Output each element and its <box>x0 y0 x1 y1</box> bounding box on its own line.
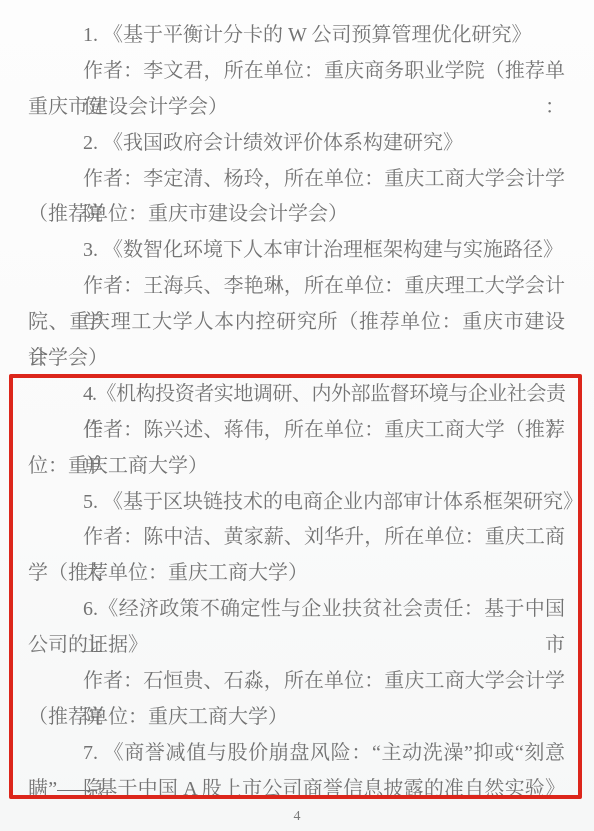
item7-title-line-cont: 瞒”——基于中国 A 股上市公司商誉信息披露的准自然实验》 <box>28 772 565 808</box>
item6-authors-line-cont: （推荐单位：重庆工商大学） <box>28 700 565 736</box>
item3-authors-line-end: 计学会） <box>28 341 565 377</box>
item5-authors-line-cont: 学（推荐单位：重庆工商大学） <box>28 556 565 592</box>
item6-title-line: 6.《经济政策不确定性与企业扶贫社会责任：基于中国上市 <box>28 592 565 628</box>
item4-authors-line: 作者：陈兴述、蒋伟，所在单位：重庆工商大学（推荐单 <box>28 413 565 449</box>
scanned-document-page: { "page": { "number": "4", "background_c… <box>0 0 594 831</box>
item6-authors-line: 作者：石恒贵、石淼，所在单位：重庆工商大学会计学院 <box>28 664 565 700</box>
item1-title-line: 1. 《基于平衡计分卡的 W 公司预算管理优化研究》 <box>28 18 565 54</box>
page-number: 4 <box>0 809 594 825</box>
item7-title-line: 7. 《商誉减值与股价崩盘风险：“主动洗澡”抑或“刻意隐 <box>28 736 565 772</box>
item2-authors-line: 作者：李定清、杨玲，所在单位：重庆工商大学会计学院 <box>28 162 565 198</box>
item5-title-line: 5. 《基于区块链技术的电商企业内部审计体系框架研究》 <box>28 485 565 521</box>
item5-authors-line: 作者：陈中洁、黄家薪、刘华升，所在单位：重庆工商大 <box>28 520 565 556</box>
document-body: 1. 《基于平衡计分卡的 W 公司预算管理优化研究》 作者：李文君，所在单位：重… <box>28 18 565 808</box>
item3-authors-line: 作者：王海兵、李艳琳，所在单位：重庆理工大学会计学 <box>28 269 565 305</box>
item2-authors-line-cont: （推荐单位：重庆市建设会计学会） <box>28 197 565 233</box>
item1-authors-line: 作者：李文君，所在单位：重庆商务职业学院（推荐单位： <box>28 54 565 90</box>
item3-title-line: 3. 《数智化环境下人本审计治理框架构建与实施路径》 <box>28 233 565 269</box>
item4-authors-line-cont: 位：重庆工商大学） <box>28 449 565 485</box>
item2-title-line: 2. 《我国政府会计绩效评价体系构建研究》 <box>28 126 565 162</box>
item4-title-line: 4.《机构投资者实地调研、内外部监督环境与企业社会责任》 <box>28 377 565 413</box>
item3-authors-line-cont: 院、重庆理工大学人本内控研究所（推荐单位：重庆市建设会 <box>28 305 565 341</box>
